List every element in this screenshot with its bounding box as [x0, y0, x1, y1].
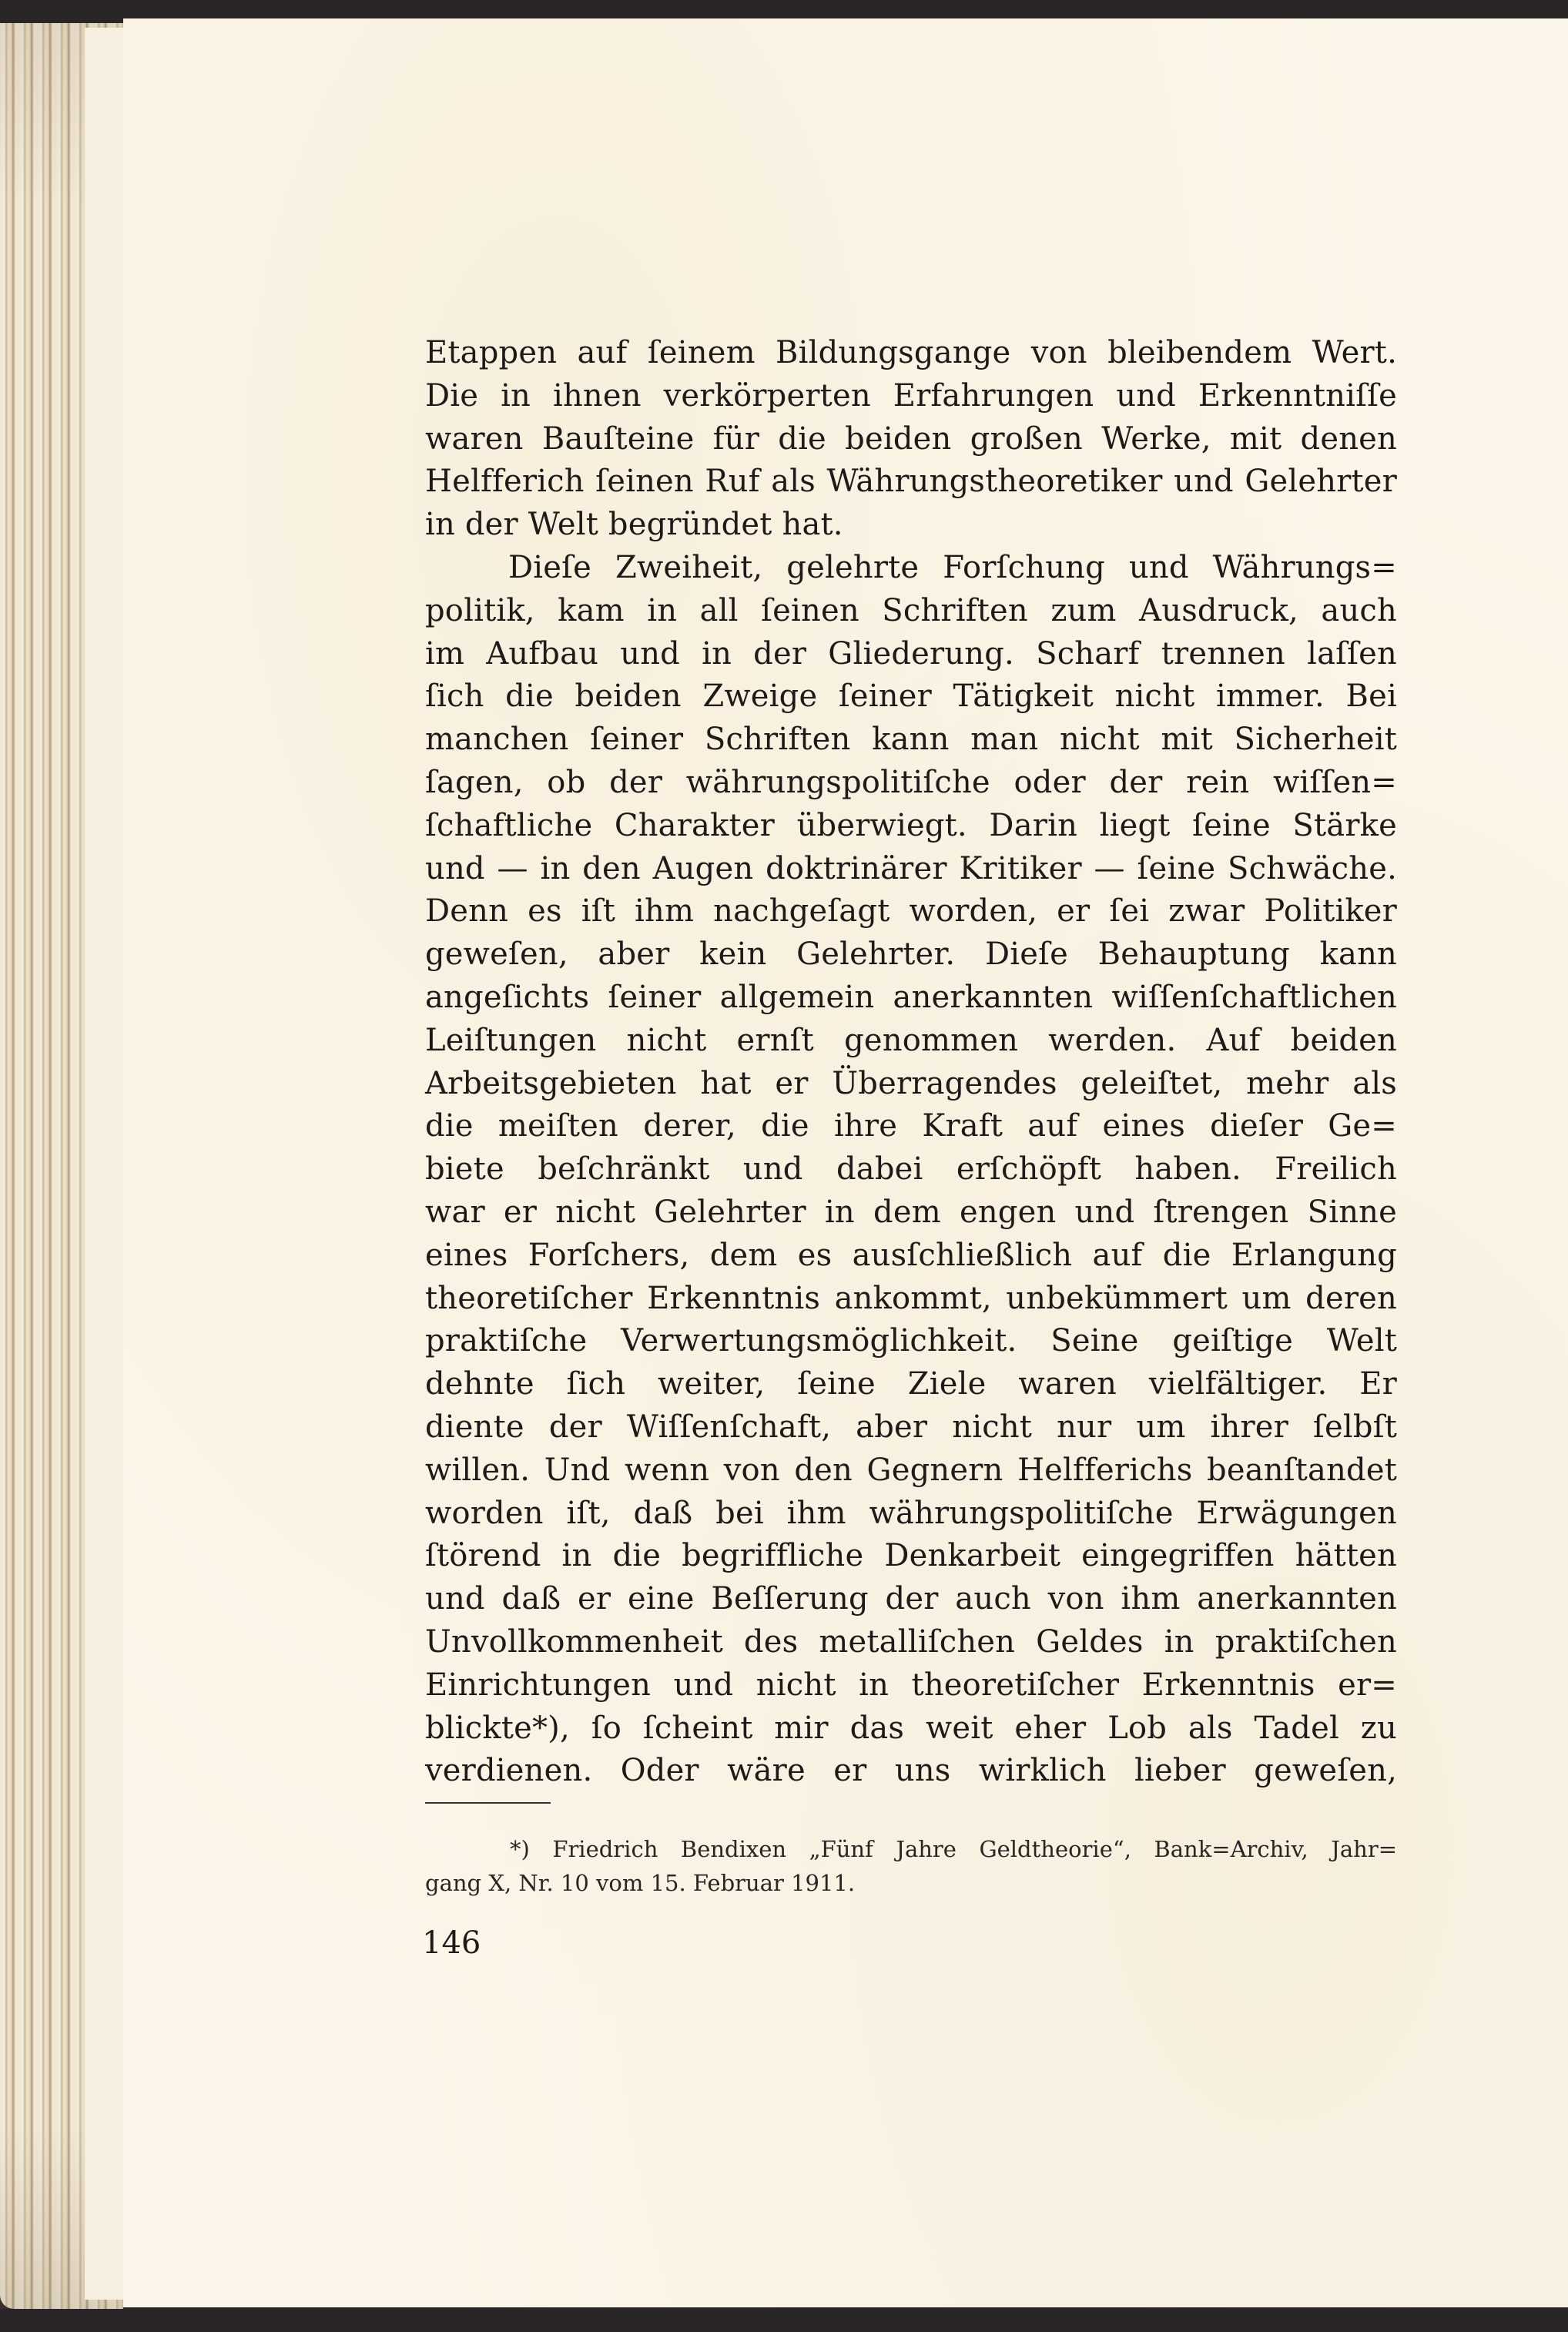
text-line: angeſichts ſeiner allgemein anerkannten …: [425, 976, 1397, 1019]
footnote-line-2: gang X, Nr. 10 vom 15. Februar 1911.: [425, 1867, 855, 1899]
text-line: Die in ihnen verkörperten Erfahrungen un…: [425, 374, 1397, 417]
text-line: ſtörend in die begriffliche Denkarbeit e…: [425, 1534, 1397, 1577]
text-line: ſchaftliche Charakter überwiegt. Darin l…: [425, 804, 1397, 847]
text-line: waren Bauſteine für die beiden großen We…: [425, 417, 1397, 461]
text-line: und daß er eine Beſſerung der auch von i…: [425, 1577, 1397, 1620]
footnote-line-1: *) Friedrich Bendixen „Fünf Jahre Geldth…: [510, 1833, 1397, 1865]
text-line: im Aufbau und in der Gliederung. Scharf …: [425, 632, 1397, 675]
text-line: politik, kam in all ſeinen Schriften zum…: [425, 589, 1397, 632]
text-line: Arbeitsgebieten hat er Überragendes gele…: [425, 1062, 1397, 1105]
text-line: biete beſchränkt und dabei erſchöpft hab…: [425, 1148, 1397, 1191]
text-line: geweſen, aber kein Gelehrter. Dieſe Beha…: [425, 933, 1397, 976]
text-line: Dieſe Zweiheit, gelehrte Forſchung und W…: [508, 546, 1397, 589]
footnote-rule: [425, 1802, 551, 1804]
text-line: in der Welt begründet hat.: [425, 503, 1397, 546]
text-line: Unvollkommenheit des metalliſchen Geldes…: [425, 1620, 1397, 1664]
text-line: Etappen auf ſeinem Bildungsgange von ble…: [425, 331, 1397, 374]
text-line: eines Forſchers, dem es ausſchließlich a…: [425, 1234, 1397, 1277]
text-line: ſich die beiden Zweige ſeiner Tätigkeit …: [425, 675, 1397, 718]
text-line: war er nicht Gelehrter in dem engen und …: [425, 1191, 1397, 1234]
text-line: ſagen, ob der währungspolitiſche oder de…: [425, 761, 1397, 804]
text-line: verdienen. Oder wäre er uns wirklich lie…: [425, 1749, 1397, 1792]
text-line: willen. Und wenn von den Gegnern Helffer…: [425, 1449, 1397, 1492]
text-line: Einrichtungen und nicht in theoretiſcher…: [425, 1664, 1397, 1707]
text-line: theoretiſcher Erkenntnis ankommt, unbekü…: [425, 1277, 1397, 1320]
text-line: praktiſche Verwertungsmöglichkeit. Seine…: [425, 1319, 1397, 1362]
text-line: und — in den Augen doktrinärer Kritiker …: [425, 847, 1397, 890]
text-line: die meiſten derer, die ihre Kraft auf ei…: [425, 1104, 1397, 1148]
text-line: blickte*), ſo ſcheint mir das weit eher …: [425, 1707, 1397, 1750]
text-line: diente der Wiſſenſchaft, aber nicht nur …: [425, 1406, 1397, 1449]
page-number: 146: [422, 1925, 481, 1961]
page-gutter: [85, 28, 124, 2300]
text-line: Leiſtungen nicht ernſt genommen werden. …: [425, 1019, 1397, 1062]
text-line: worden iſt, daß bei ihm währungspolitiſc…: [425, 1492, 1397, 1535]
text-line: manchen ſeiner Schriften kann man nicht …: [425, 718, 1397, 761]
text-line: Denn es iſt ihm nachgeſagt worden, er ſe…: [425, 890, 1397, 933]
text-line: dehnte ſich weiter, ſeine Ziele waren vi…: [425, 1362, 1397, 1406]
text-line: Helfferich ſeinen Ruf als Währungstheore…: [425, 460, 1397, 503]
